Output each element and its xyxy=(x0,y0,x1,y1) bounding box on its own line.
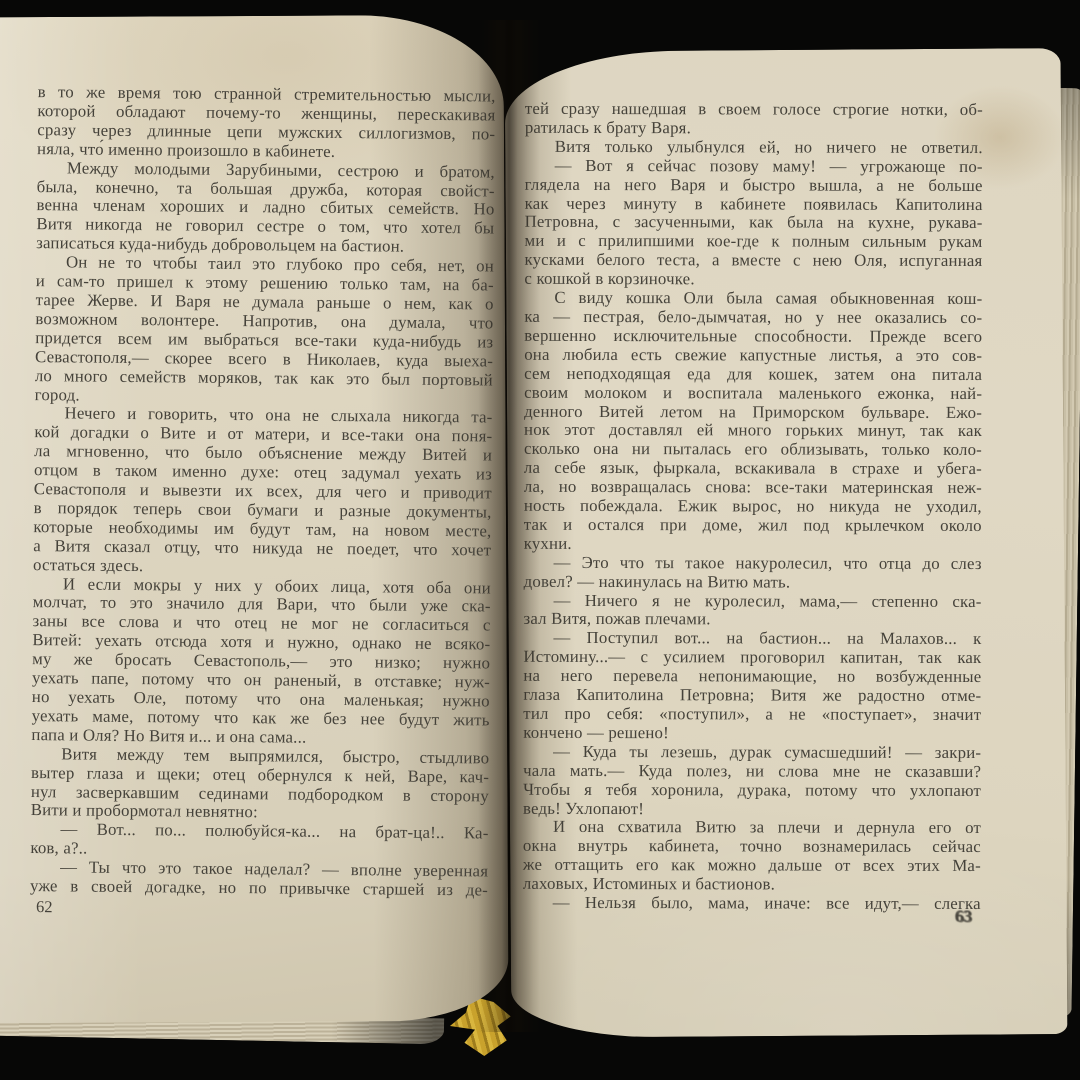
text-line: лаховых, Истоминых и бастионов. xyxy=(523,875,981,895)
text-line: она любила есть свежие капустные листья,… xyxy=(524,346,982,366)
text-line: кончено — решено! xyxy=(523,724,981,744)
text-line: кухни. xyxy=(524,535,982,555)
text-line: денного Витей летом на Приморском бульва… xyxy=(524,402,982,422)
text-line: ка — пестрая, бело-дымчатая, но у нее ок… xyxy=(524,308,982,328)
text-line: — Это что ты такое накуролесил, что отца… xyxy=(524,554,982,574)
right-page: тей сразу нашедшая в своем голосе строги… xyxy=(505,48,1068,1038)
text-line: сем неподходящая еда для кошек, затем он… xyxy=(524,364,982,384)
text-line: ратилась к брату Варя. xyxy=(525,119,983,139)
text-line: Петровна, с засученными, как была на кух… xyxy=(525,213,983,233)
text-line: — Куда ты лезешь, дурак сумасшедший! — з… xyxy=(523,743,981,763)
text-line: тей сразу нашедшая в своем голосе строги… xyxy=(525,100,983,120)
text-line: ми и с прилипшими кое-где к полным сильн… xyxy=(525,232,983,252)
text-line: ность побеждала. Ежик вырос, но никуда н… xyxy=(524,497,982,517)
text-line: ведь! Ухлопают! xyxy=(523,799,981,819)
left-page-text: в то же время тою странной стремительнос… xyxy=(30,83,496,900)
text-line: довел? — накинулась на Витю мать. xyxy=(524,572,982,592)
text-line: ла себе язык, фыркала, вскакивала в стра… xyxy=(524,459,982,479)
text-line: как через минуту в кабинете появилась Ка… xyxy=(525,194,983,214)
text-line: — Вот я сейчас позову маму! — угрожающе … xyxy=(525,157,983,177)
text-line: на него перевела непонимающие, но возбуж… xyxy=(523,667,981,687)
text-line: тил про себя: «поступил», а не «поступае… xyxy=(523,705,981,725)
text-line: уже в своей догадке, но по привычке стар… xyxy=(30,877,488,900)
text-line: — Поступил вот... на бастион... на Малах… xyxy=(523,629,981,649)
left-page-number: 62 xyxy=(36,897,53,917)
text-line: С виду кошка Оли была самая обыкновенная… xyxy=(524,289,982,309)
text-line: чала мать.— Куда полез, ни слова мне не … xyxy=(523,762,981,782)
book-photo: в то же время тою странной стремительнос… xyxy=(0,0,1080,1080)
text-line: глядела на него Варя и быстро вышла, а н… xyxy=(525,175,983,195)
text-line: Чтобы я тебя хоронила, дурака, потому чт… xyxy=(523,780,981,800)
text-line: так и остался при доме, жил под крылечко… xyxy=(524,516,982,536)
text-line: кусками белого теста, а вместе с нею Оля… xyxy=(524,251,982,271)
text-line: И она схватила Витю за плечи и дернула е… xyxy=(523,818,981,838)
text-line: вершенно исключительные способности. Пре… xyxy=(524,327,982,347)
text-line: нок этот доставлял ей много горьких мину… xyxy=(524,421,982,441)
text-line: с кошкой в корзиночке. xyxy=(524,270,982,290)
right-page-text: тей сразу нашедшая в своем голосе строги… xyxy=(523,100,983,914)
text-line: ла, но возвращалась снова: все-таки мате… xyxy=(524,478,982,498)
left-page: в то же время тою странной стремительнос… xyxy=(0,15,509,1024)
text-line: сколько она ни пыталась его облизывать, … xyxy=(524,440,982,460)
text-line: окна внутрь кабинета, точно вознамерилас… xyxy=(523,837,981,857)
text-line: Истомину...— с усилием проговорил капита… xyxy=(523,648,981,668)
text-line: Витя только улыбнулся ей, но ничего не о… xyxy=(525,138,983,158)
text-line: своим молоком и воспитала маленького ежо… xyxy=(524,383,982,403)
text-line: глаза Капитолина Петровна; Витя же радос… xyxy=(523,686,981,706)
text-line: — Нельзя было, мама, иначе: все идут,— с… xyxy=(523,894,981,914)
right-page-number: 63 xyxy=(954,907,971,927)
text-line: зал Витя, пожав плечами. xyxy=(524,610,982,630)
text-line: же оттащить его как можно дальше от всех… xyxy=(523,856,981,876)
text-line: — Ничего я не куролесил, мама,— степенно… xyxy=(524,591,982,611)
